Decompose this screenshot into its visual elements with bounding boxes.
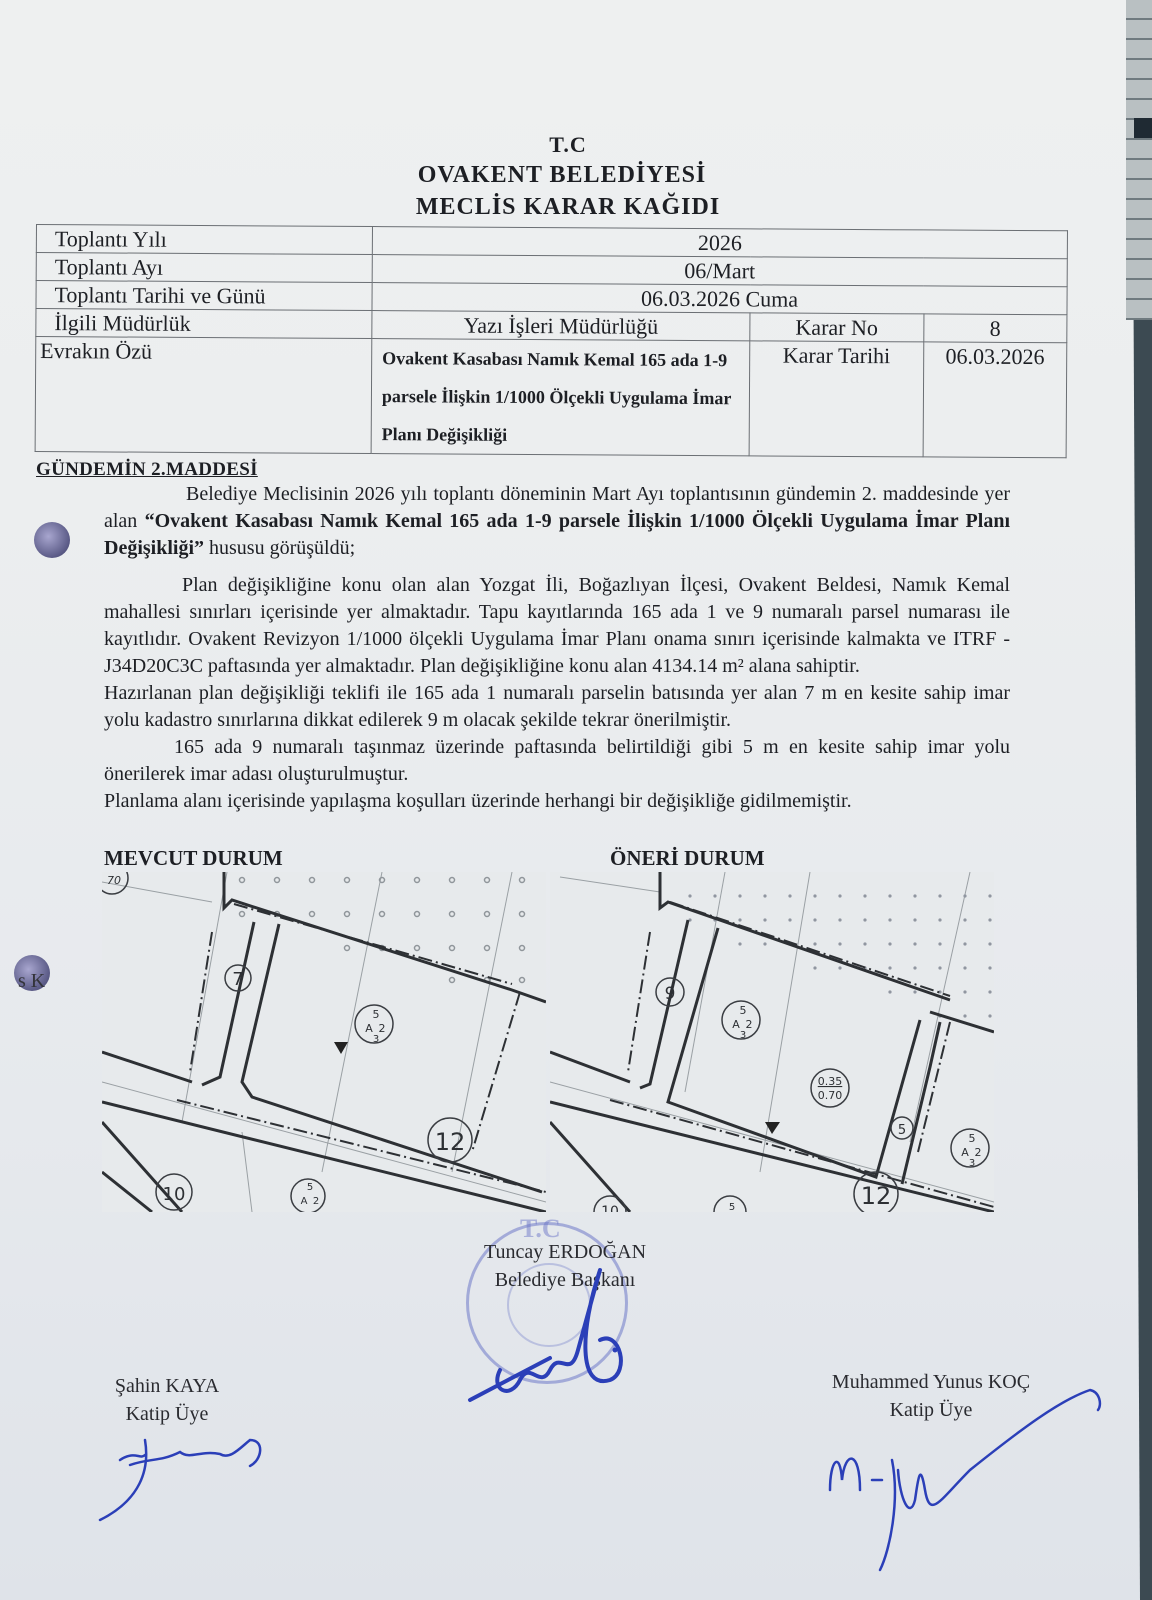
- svg-text:3: 3: [740, 1030, 746, 1041]
- svg-text:2: 2: [313, 1196, 319, 1207]
- svg-text:70: 70: [107, 874, 121, 887]
- svg-text:7: 7: [232, 969, 243, 990]
- right-clerk-name: Muhammed Yunus KOÇ: [806, 1368, 1056, 1396]
- proposed-plan-title: ÖNERİ DURUM: [610, 846, 765, 871]
- svg-text:3: 3: [969, 1158, 975, 1169]
- mayor-name: Tuncay ERDOĞAN: [460, 1238, 670, 1266]
- proposed-plan-map: 9 5 12 10 5 A 2 3 0.35 0.70 5 A 2 3 5: [550, 872, 994, 1212]
- label-decision-date: Karar Tarihi: [749, 341, 923, 457]
- svg-text:2: 2: [379, 1022, 386, 1035]
- paragraph-road-5m: 165 ada 9 numaralı taşınmaz üzerinde paf…: [104, 734, 1010, 788]
- label-decision-no: Karar No: [750, 313, 924, 342]
- paragraph-block: Plan değişikliğine konu olan alan Yozgat…: [104, 572, 1010, 815]
- paragraph-road-9m: Hazırlanan plan değişikliği teklifi ile …: [104, 680, 1010, 734]
- value-directorate: Yazı İşleri Müdürlüğü: [372, 311, 750, 341]
- paragraph-intro: Belediye Meclisinin 2026 yılı toplantı d…: [104, 481, 1010, 562]
- svg-text:5: 5: [307, 1182, 313, 1193]
- proposed-plan-drawing: 9 5 12 10 5 A 2 3 0.35 0.70 5 A 2 3 5: [550, 872, 994, 1212]
- svg-text:0.70: 0.70: [818, 1089, 843, 1102]
- mayor-signature-block: Tuncay ERDOĞAN Belediye Başkanı: [460, 1238, 670, 1294]
- svg-text:3: 3: [373, 1034, 379, 1045]
- label-meeting-month: Toplantı Ayı: [36, 253, 372, 283]
- label-meeting-date: Toplantı Tarihi ve Günü: [36, 281, 372, 311]
- svg-text:12: 12: [861, 1182, 892, 1210]
- label-directorate: İlgili Müdürlük: [36, 309, 372, 339]
- background-behind-paper: [1126, 0, 1152, 320]
- svg-text:5: 5: [898, 1123, 906, 1138]
- left-clerk-signature-block: Şahin KAYA Katip Üye: [92, 1372, 242, 1428]
- label-meeting-year: Toplantı Yılı: [36, 225, 372, 255]
- value-meeting-date: 06.03.2026 Cuma: [372, 283, 1067, 315]
- current-plan-title: MEVCUT DURUM: [104, 846, 283, 871]
- svg-text:0.35: 0.35: [818, 1075, 843, 1088]
- value-decision-date: 06.03.2026: [923, 342, 1067, 458]
- left-clerk-name: Şahin KAYA: [92, 1372, 242, 1400]
- value-meeting-month: 06/Mart: [372, 255, 1067, 287]
- current-plan-drawing: 7 12 10 70 5 A 2 3 5 A 2: [102, 872, 546, 1212]
- svg-text:9: 9: [665, 984, 676, 1004]
- right-clerk-signature-block: Muhammed Yunus KOÇ Katip Üye: [806, 1368, 1056, 1424]
- paragraph-no-change: Planlama alanı içerisinde yapılaşma koşu…: [104, 788, 1010, 815]
- document-title: MECLİS KARAR KAĞIDI: [0, 194, 1138, 221]
- label-subject: Evrakın Özü: [35, 337, 372, 454]
- mayor-title: Belediye Başkanı: [460, 1266, 670, 1294]
- svg-text:10: 10: [601, 1204, 619, 1212]
- value-meeting-year: 2026: [372, 227, 1067, 259]
- left-clerk-title: Katip Üye: [92, 1400, 242, 1428]
- table-row: Evrakın Özü Ovakent Kasabası Namık Kemal…: [35, 337, 1067, 458]
- right-clerk-title: Katip Üye: [806, 1396, 1056, 1424]
- svg-text:5: 5: [969, 1132, 976, 1145]
- value-decision-no: 8: [923, 314, 1067, 343]
- intro-text-end: hususu görüşüldü;: [204, 537, 355, 559]
- meeting-info-table: Toplantı Yılı 2026 Toplantı Ayı 06/Mart …: [35, 224, 1068, 458]
- svg-text:2: 2: [746, 1018, 753, 1031]
- svg-text:10: 10: [163, 1184, 186, 1205]
- svg-text:5: 5: [373, 1008, 380, 1021]
- value-subject: Ovakent Kasabası Namık Kemal 165 ada 1-9…: [371, 339, 750, 456]
- header-tc: T.C: [0, 132, 1138, 158]
- document-page: s K T.C OVAKENT BELEDİYESİ MECLİS KARAR …: [0, 0, 1140, 1600]
- svg-text:2: 2: [975, 1146, 982, 1159]
- paragraph-location: Plan değişikliğine konu olan alan Yozgat…: [104, 572, 1010, 680]
- left-clerk-handwritten-signature: [90, 1430, 270, 1540]
- svg-text:5: 5: [740, 1004, 747, 1017]
- agenda-heading: GÜNDEMİN 2.MADDESİ: [36, 459, 258, 481]
- svg-text:12: 12: [435, 1128, 466, 1156]
- svg-text:5: 5: [729, 1202, 735, 1212]
- punch-hole: [34, 522, 70, 558]
- edge-text-fragment: s K: [18, 970, 45, 993]
- header-organization: OVAKENT BELEDİYESİ: [0, 162, 1132, 189]
- svg-text:A: A: [301, 1196, 308, 1207]
- current-plan-map: 7 12 10 70 5 A 2 3 5 A 2: [102, 872, 546, 1212]
